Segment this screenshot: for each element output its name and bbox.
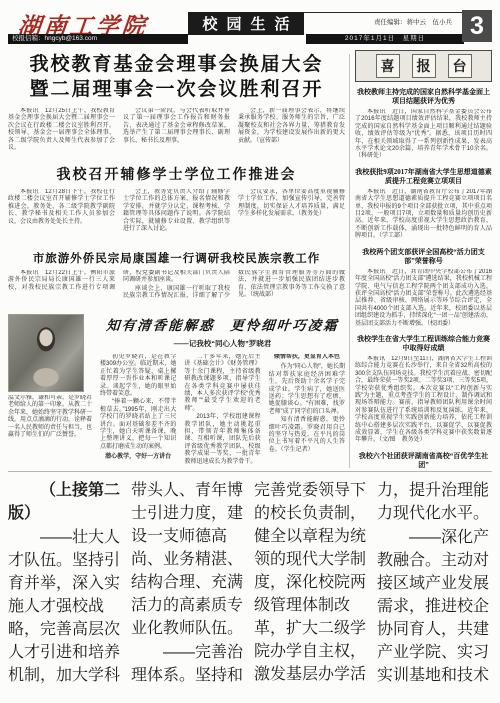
sidebar-news-item: 我校教师主持完成的国家自然科学基金面上项目结题获评为优秀 本报讯 近日，国家自然… <box>355 88 492 162</box>
sidebar-news-list: 我校教师主持完成的国家自然科学基金面上项目结题获评为优秀 本报讯 近日，国家自然… <box>355 88 492 470</box>
good-news-board-title: 喜报台 <box>355 50 492 82</box>
column-divider <box>349 54 350 468</box>
date-bar: 2017年1月1日 星期日 <box>306 34 464 44</box>
feature-left-column: 温文尔雅，谦和可亲，是罗晓君老师给人的第一印象。从教二十余年来，她始终坚守教学科… <box>8 314 92 470</box>
article1-body: 本报讯 12月25日上午，我校教育基金会理事会换届大会暨二届理事会一次会议在行政… <box>8 108 345 154</box>
news-headline: 我校获批9项2017年湖南省大学生思想道德素质提升工程竞赛立项项目 <box>355 168 492 186</box>
news-paragraph: 本报讯 近日，湖南省教育厅公布了2017年湖南省大学生思想道德素质提升工程竞赛立… <box>355 189 492 241</box>
feature-right-column: 知有清香能解惑 更怜细叶巧凌霜 ——记我校“同心人物”罗晓君 初见罗晓君，是在教… <box>100 314 345 470</box>
page-number: 3 <box>462 10 492 42</box>
feature-paragraph: 倾情帮扶，更显育人本色 <box>269 354 345 361</box>
article3-headline: 市旅游外侨民宗局康国雄一行调研我校民族宗教工作 <box>8 250 345 266</box>
email-bar: 校报信箱：hngcyb@163.com <box>8 34 188 44</box>
section-title-box: 校园生活 <box>188 12 304 35</box>
article1-headline-line1: 我校教育基金会理事会换届大会 <box>8 52 345 77</box>
news-body: 本报讯 近日，国家自然科学基金委员会公布了2016年度结题项目绩效评估结果，我校… <box>355 109 492 162</box>
news-paragraph: 本报讯 12月9日至11日，湖南省大学生工程训练综合能力竞赛在长沙举行，来自全省… <box>355 356 492 445</box>
main-articles-region: 我校教育基金会理事会换届大会 暨二届理事会一次会议胜利召开 本报讯 12月25日… <box>8 52 345 470</box>
feature-paragraph: 温文尔雅，谦和可亲，是罗晓君老师给人的第一印象。从教二十余年来，她始终坚守教学科… <box>8 395 92 439</box>
article1-headline-line2: 暨二届理事会一次会议胜利召开 <box>8 77 345 102</box>
news-headline: 我校教师主持完成的国家自然科学基金面上项目结题获评为优秀 <box>355 88 492 106</box>
news-paragraph: 本报讯 近日，国家自然科学基金委员会公布了2016年度结题项目绩效评估结果，我校… <box>355 109 492 161</box>
feature-paragraph: 知有清香能解惑，更怜细叶巧凌霜。罗晓君用自己的坚守与热爱，在平凡的岗位上书写着不… <box>269 417 345 454</box>
feature-paragraph: 作为“同心人物”，她长期结对帮扶家庭经济困难学生，先后资助十余名学子完成学业。学… <box>269 364 345 416</box>
header-rule <box>304 12 462 13</box>
article-paragraph: 会上，教务处负责人介绍了辅修学士学位工作的总体方案、报名情况和教学安排，并就学分… <box>123 189 230 233</box>
feature-paragraph: 二十多年来，她先后主讲《基础会计》《财务管理》等十余门课程，主持省级教研教改课题… <box>184 354 260 413</box>
article2-headline: 我校召开辅修学士学位工作推进会 <box>8 164 345 184</box>
sidebar-news-item: 我校获批9项2017年湖南省大学生思想道德素质提升工程竞赛立项项目 本报讯 近日… <box>355 168 492 242</box>
feature-body: 初见罗晓君，是在教学楼309办公室。临近期末，她正忙着为学生答疑，桌上摞着厚厚一… <box>100 354 345 470</box>
news-body: 本报讯 近日，湖南省教育厅公布了2017年湖南省大学生思想道德素质提升工程竞赛立… <box>355 189 492 242</box>
portrait-photo <box>8 314 84 392</box>
newspaper-page: 湖南工学院 校报信箱：hngcyb@163.com 校园生活 责任编辑：蒋中云 … <box>0 0 500 703</box>
sidebar-news-item: 我校六个社团获评湖南省高校“百优学生社团” 本报讯 近日，2016年度湖南省高校… <box>355 452 492 470</box>
sidebar-news-item: 我校学生在省大学生工程训练综合能力竞赛中取得好成绩 本报讯 12月9日至11日，… <box>355 335 492 446</box>
news-headline: 我校学生在省大学生工程训练综合能力竞赛中取得好成绩 <box>355 335 492 353</box>
feature-intro-text: 温文尔雅，谦和可亲，是罗晓君老师给人的第一印象。从教二十余年来，她始终坚守教学科… <box>8 395 92 470</box>
editors-credit: 责任编辑：蒋中云 伍小兵 <box>374 17 452 26</box>
sidebar-news-item: 我校两个团支部获评全国高校“活力团支部”荣誉称号 本报讯 近日，共青团中央学校部… <box>355 248 492 329</box>
article-paragraph: 本报讯 12月25日上午，我校教育基金会理事会换届大会暨二届理事会一次会议在行政… <box>8 108 115 152</box>
section-divider <box>8 471 492 472</box>
news-headline: 我校六个社团获评湖南省高校“百优学生社团” <box>355 452 492 470</box>
good-news-sidebar: 喜报台 我校教师主持完成的国家自然科学基金面上项目结题获评为优秀 本报讯 近日，… <box>355 50 492 470</box>
news-body: 本报讯 近日，共青团中央学校部公布了2016年度全国高校“活力团支部”遴选结果，… <box>355 269 492 329</box>
feature-headline: 知有清香能解惑 更怜细叶巧凌霜 <box>99 314 345 334</box>
article-paragraph: 会上，新一届理事会表示，将继续秉承服务学校、服务师生的宗旨，广泛凝聚校友和社会各… <box>238 108 345 145</box>
page-header: 湖南工学院 校报信箱：hngcyb@163.com 校园生活 责任编辑：蒋中云 … <box>8 8 492 48</box>
article3-body: 本报讯 12月22日上午，衡阳市旅游外侨民宗局局长康国雄一行三人来校，对我校民族… <box>8 270 345 308</box>
feature-paragraph: 初见罗晓君，是在教学楼309办公室。临近期末，她正忙着为学生答疑，桌上摞着厚厚一… <box>100 354 176 398</box>
title-character: 报 <box>412 54 436 78</box>
news-headline: 我校两个团支部获评全国高校“活力团支部”荣誉称号 <box>355 248 492 266</box>
feature-paragraph: 2013年，学校组建课程教学团队，她主动挑起重担，带领青年教师集体备课、互相听课… <box>184 414 260 466</box>
news-paragraph: 本报讯 近日，共青团中央学校部公布了2016年度全国高校“活力团支部”遴选结果，… <box>355 269 492 328</box>
feature-subtitle: ——记我校“同心人物”罗晓君 <box>100 338 345 349</box>
article2-body: 本报讯 12月28日下午，我校在行政楼二楼会议室召开辅修学士学位工作推进会。教务… <box>8 189 345 241</box>
news-body: 本报讯 12月9日至11日，湖南省大学生工程训练综合能力竞赛在长沙举行，来自全省… <box>355 356 492 446</box>
feature-paragraph: “捧着一颗心来，不带半根草去。”1995年，刚走出大学校门的罗晓君站上了三尺讲台… <box>100 399 176 451</box>
continued-article-text: （上接第二版）——壮大人才队伍。坚持引育并举，深入实施人才强校战略，完善高层次人… <box>8 477 492 697</box>
feature-article: 温文尔雅，谦和可亲，是罗晓君老师给人的第一印象。从教二十余年来，她始终坚守教学科… <box>8 314 345 470</box>
feature-paragraph: 潜心教学，守好一方讲台 <box>100 454 176 461</box>
title-character: 台 <box>448 54 472 78</box>
article-paragraph: 会议第一阶段，与会代表听取并审议了第一届理事会工作报告和财务报告，表决通过了基金… <box>123 108 230 145</box>
continuation-paragraph: （上接第二版） <box>8 477 123 523</box>
article-paragraph: 本报讯 12月28日下午，我校在行政楼二楼会议室召开辅修学士学位工作推进会。教务… <box>8 189 115 226</box>
article-paragraph: 会议要求，各单位要高度重视辅修学士学位工作，加强宣传引导，完善管理制度，切实保证… <box>238 189 345 219</box>
title-character: 喜 <box>376 54 400 78</box>
